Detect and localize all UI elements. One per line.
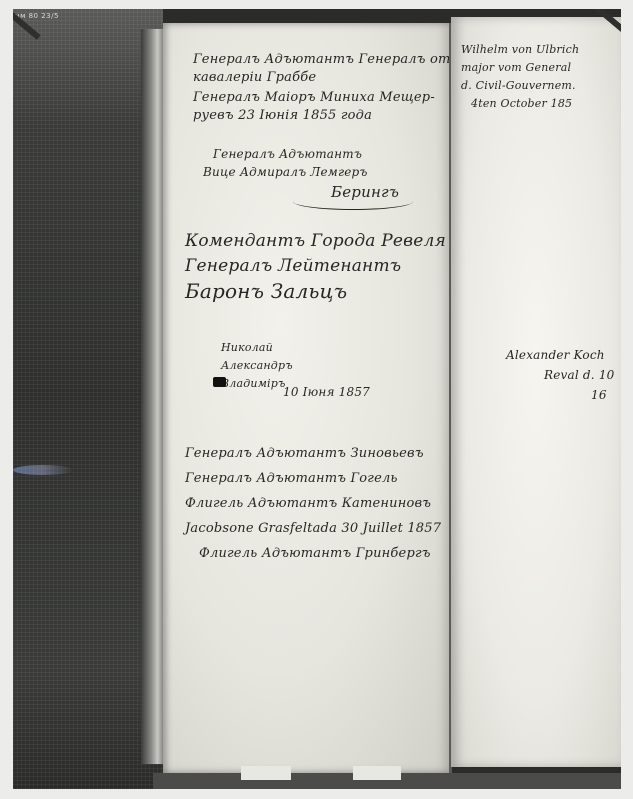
handwritten-line: Генералъ Адъютантъ Генералъ отъ [193,51,459,69]
handwritten-line: Николай [221,339,293,357]
handwritten-line: Генералъ Адъютантъ Зиновьевъ [185,441,441,466]
right-page: Wilhelm von Ulbrich major vom General d.… [451,17,621,767]
handwritten-line: Вице Адмиралъ Лемгеръ [203,163,368,181]
entry-adjutants: Генералъ Адъютантъ Зиновьевъ Генералъ Ад… [185,441,441,566]
handwritten-line: кавалерiи Граббе [193,69,459,87]
handwritten-line: major vom General [461,59,579,77]
handwritten-line: Владимiръ [221,375,293,393]
handwritten-line: 10 Iюня 1857 [283,385,370,399]
handwritten-line: 16 [506,385,615,405]
handwritten-line: Reval d. 10 [506,365,615,385]
handwritten-line: Генералъ Маiоръ Миниха Мещер- [193,89,459,107]
handwritten-line: руевъ 23 Iюнiя 1855 года [193,107,459,125]
page-tab [241,766,291,780]
archival-photograph: нм 80 23/5 Генералъ Адъютантъ Генералъ о… [13,9,621,789]
entry-commandant: Комендантъ Города Ревеля Генералъ Лейтен… [185,229,446,304]
entry-ulbrich: Wilhelm von Ulbrich major vom General d.… [461,41,579,113]
entry-grabbe: Генералъ Адъютантъ Генералъ отъ кавалерi… [193,51,459,125]
entry-date-1857: 10 Iюня 1857 [283,385,370,399]
entry-koch: Alexander Koch Reval d. 10 16 [506,345,615,405]
left-page: Генералъ Адъютантъ Генералъ отъ кавалерi… [163,23,451,773]
handwritten-line: Генералъ Адъютантъ Гогель [185,466,441,491]
handwritten-line: Флигель Адъютантъ Гринбергъ [185,541,441,566]
handwritten-line: Баронъ Зальцъ [185,279,446,304]
ink-blot [213,377,226,387]
signature-underline [293,193,413,210]
handwritten-line: d. Civil-Gouvernem. [461,77,579,95]
handwritten-line: 4ten October 185 [461,95,579,113]
entry-admiral: Генералъ Адъютантъ Вице Адмиралъ Лемгеръ [203,145,368,181]
entry-grand-dukes: Николай Александръ Владимiръ [221,339,293,393]
light-glare [13,465,73,475]
handwritten-line: Александръ [221,357,293,375]
handwritten-line: Alexander Koch [506,345,615,365]
handwritten-line: Флигель Адъютантъ Катениновъ [185,491,441,516]
handwritten-line: Генералъ Адъютантъ [203,145,368,163]
handwritten-line: Jacobsone Grasfeltada 30 Juillet 1857 [185,516,441,541]
handwritten-line: Wilhelm von Ulbrich [461,41,579,59]
handwritten-line: Генералъ Лейтенантъ [185,254,446,279]
handwritten-line: Комендантъ Города Ревеля [185,229,446,254]
page-tab [353,766,401,780]
